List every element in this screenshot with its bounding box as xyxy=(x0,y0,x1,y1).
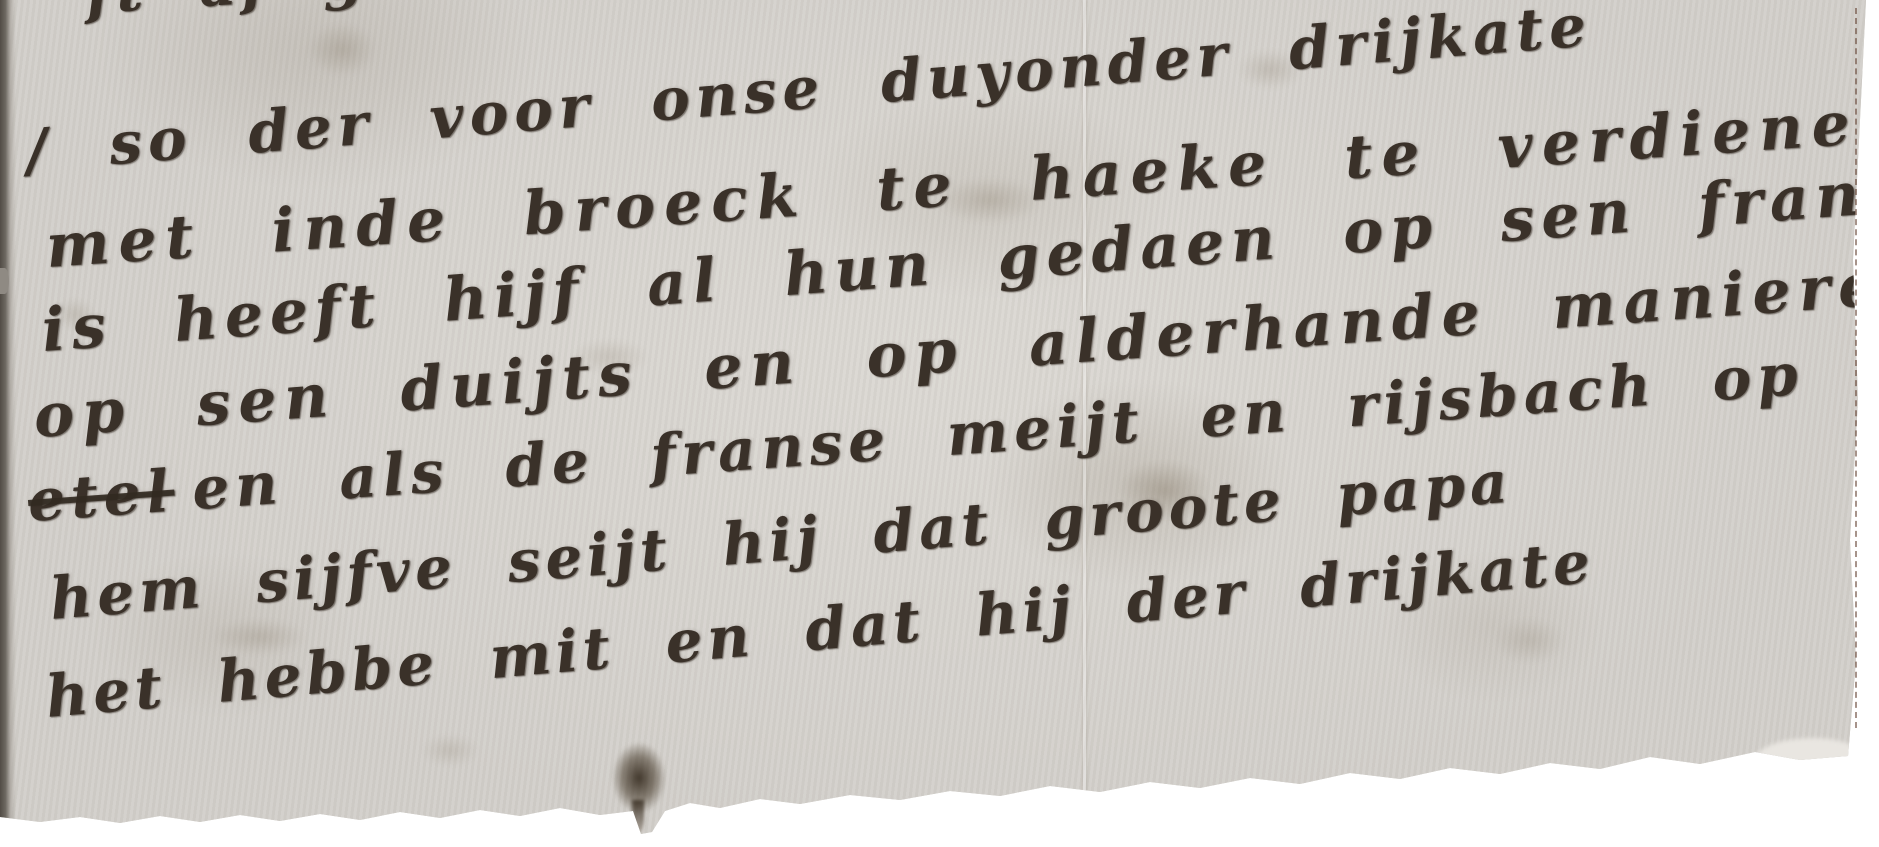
stain xyxy=(295,12,390,87)
stain xyxy=(1480,608,1580,673)
page-left-edge-notch xyxy=(0,268,9,294)
manuscript-scan: ft af gescheept te sijn sal ha / so der … xyxy=(0,0,1879,847)
page-left-edge xyxy=(0,0,16,847)
stain xyxy=(410,728,490,773)
struck-out-word: etel xyxy=(26,457,177,535)
page-right-edge-specks xyxy=(1855,8,1857,728)
torn-corner-chip xyxy=(1750,734,1874,800)
manuscript-page: ft af gescheept te sijn sal ha / so der … xyxy=(0,0,1866,847)
ink-blot xyxy=(612,742,666,814)
